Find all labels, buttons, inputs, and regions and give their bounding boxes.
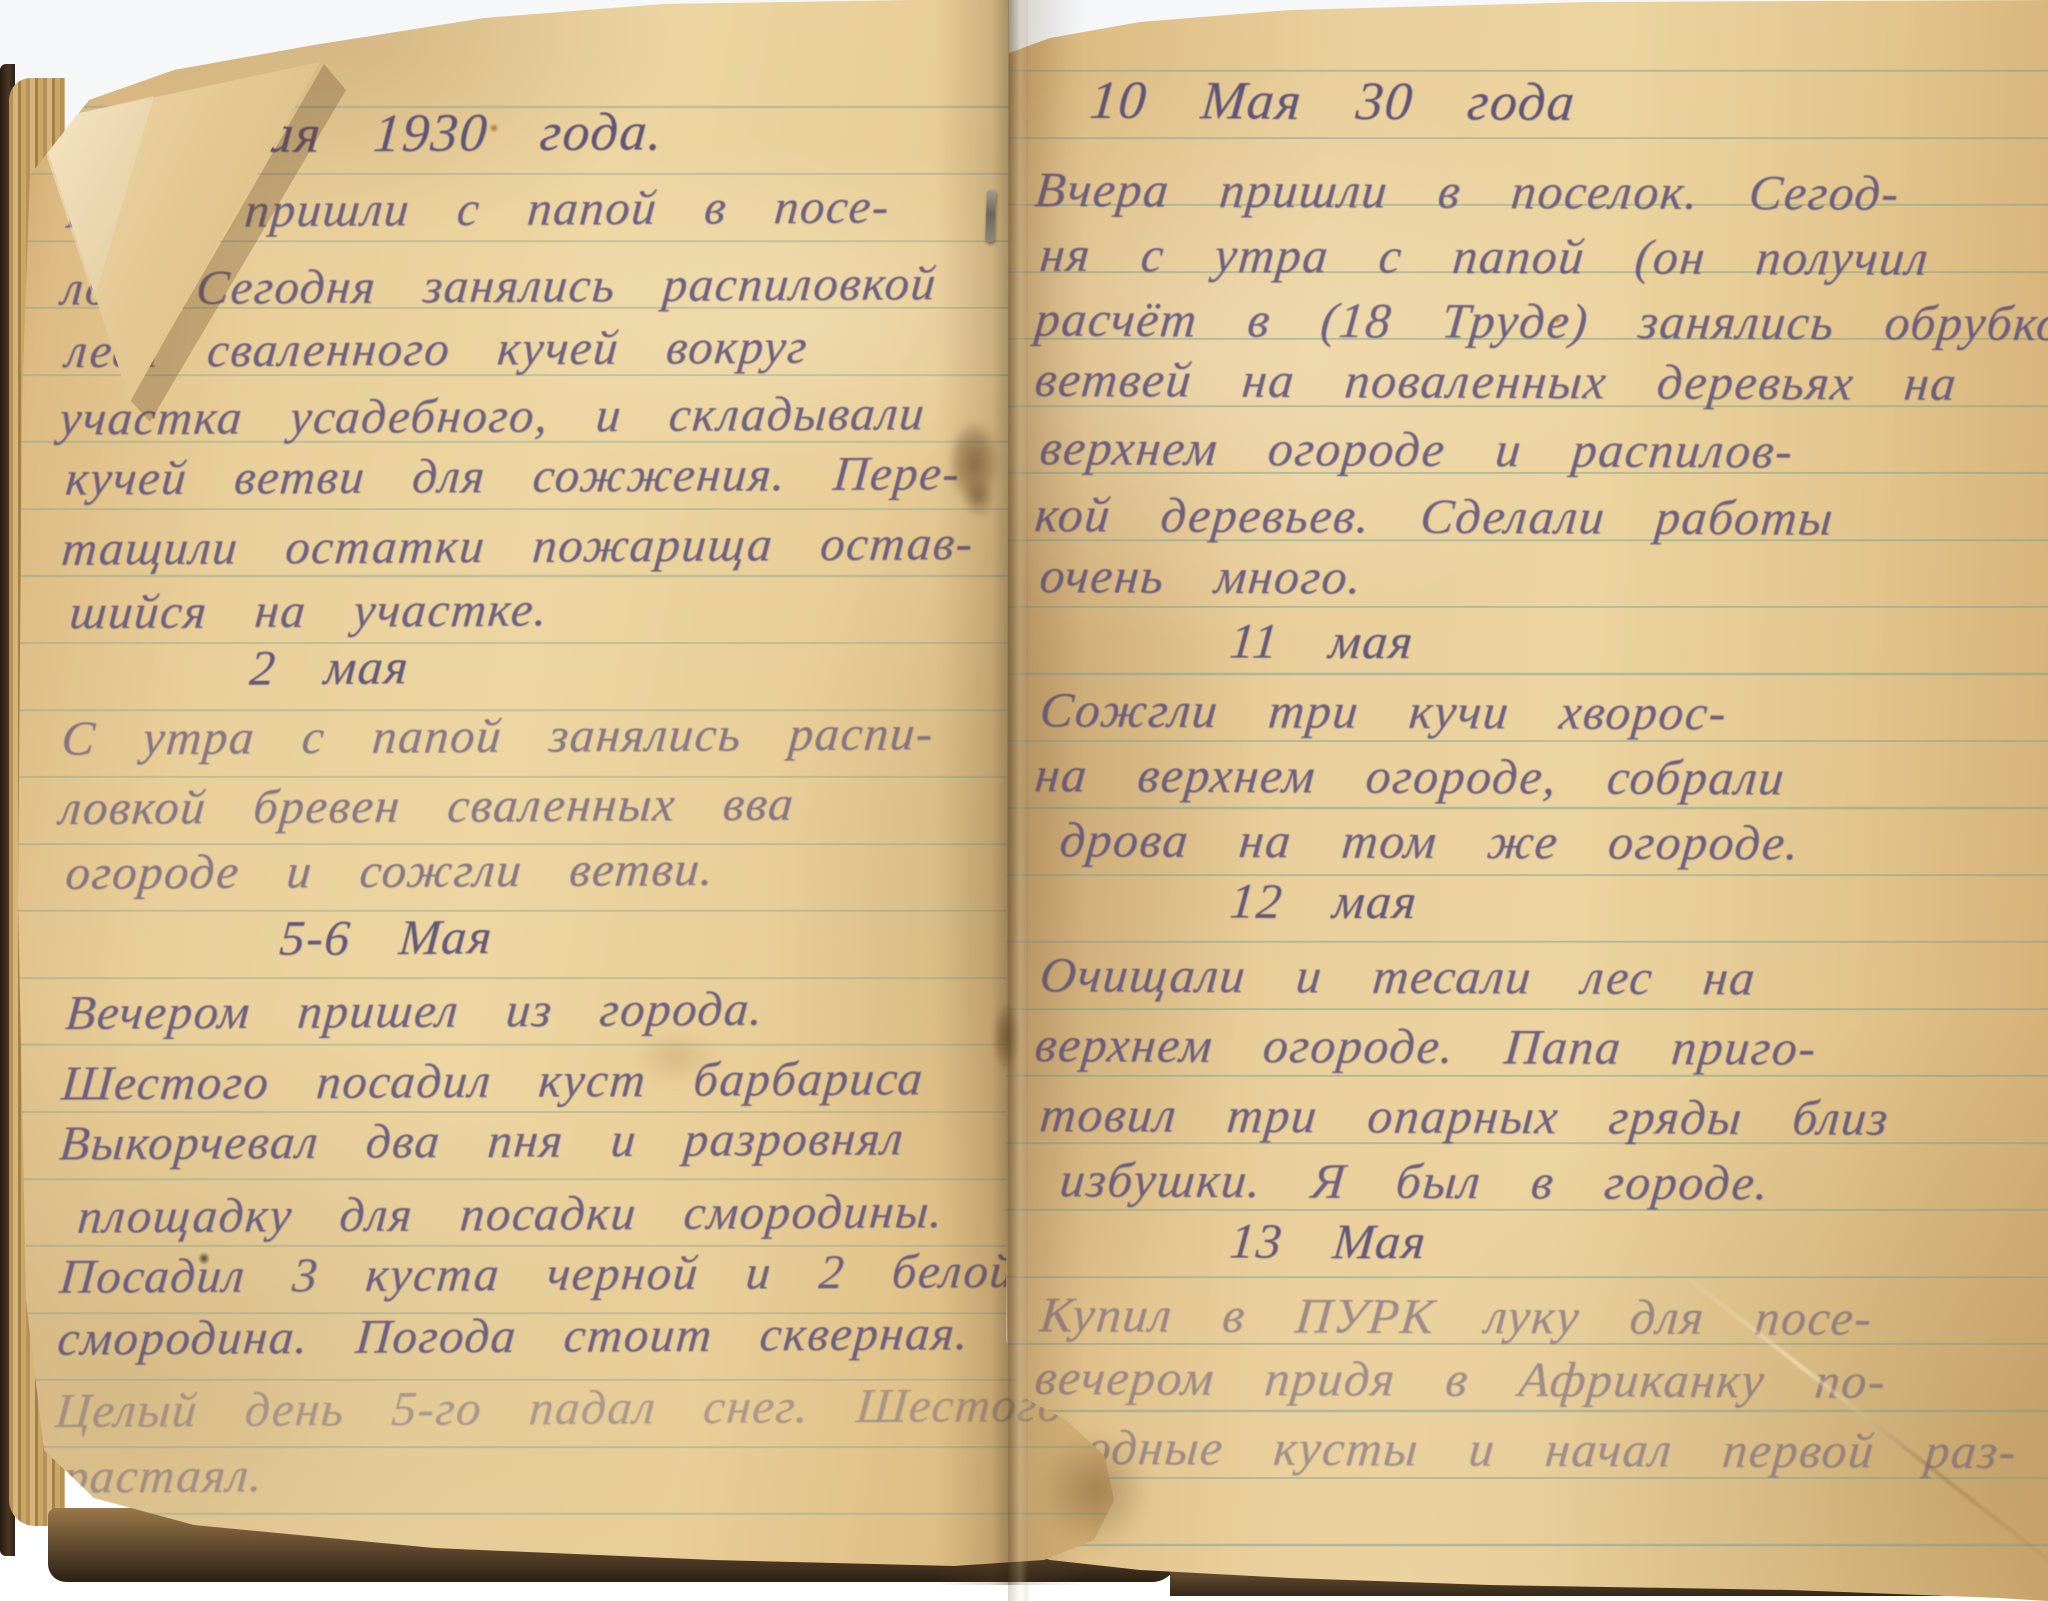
handwritten-line: вечером придя в Африканку по- [1033,1352,1889,1406]
entry-heading: 11 мая [1228,616,1416,667]
handwritten-line: товил три опарных гряды близ [1038,1089,1891,1143]
handwritten-line: Сожгли три кучи хворос- [1038,685,1730,738]
handwritten-line: Выкорчевал два пня и разровнял [58,1113,906,1167]
handwritten-line: на верхнем огороде, собрали [1033,749,1788,802]
handwritten-line: ня с утра с папой (он получил [1038,229,1932,283]
handwritten-line: дрова на том же огороде. [1058,814,1802,867]
handwritten-line: Купил в ПУРК луку для посе- [1038,1289,1875,1343]
staple [985,190,996,242]
handwritten-line: кучей ветви для сожжения. Пере- [64,448,963,502]
handwritten-line: С утра с папой занялись распи- [60,708,936,762]
handwritten-line: растаял. [62,1450,265,1500]
entry-heading: 5-6 Мая [278,911,495,962]
handwritten-line: расчёт в (18 Труде) занялись обрубкой [1033,294,2048,349]
entry-heading: 2 мая [248,642,411,693]
entry-heading: 10 Мая 30 года [1088,73,1579,129]
handwritten-line: Вечером пришел из города. [64,984,766,1037]
notebook-scan: 10 Мая 30 года Вчера пришли в поселок. С… [0,0,2048,1601]
handwritten-line: огороде и сожгли ветви. [64,844,716,897]
handwritten-line: тащили остатки пожарища остав- [60,518,976,573]
handwritten-line: очень много. [1038,550,1365,601]
handwritten-line: избушки. Я был в городе. [1058,1154,1772,1207]
handwritten-line: ветвей на поваленных деревьях на [1033,354,1960,408]
handwritten-line: ягодные кусты и начал первой раз- [1038,1422,2019,1476]
handwritten-line: шийся на участке. [68,585,550,637]
handwritten-line: верхнем огороде и распилов- [1038,422,1796,475]
entry-heading: 12 мая [1228,876,1420,927]
handwritten-line: верхнем огороде. Папа приго- [1033,1019,1819,1072]
handwritten-line: Вчера пришли в поселок. Сегод- [1033,164,1902,218]
entry-heading: 13 Мая [1228,1216,1429,1267]
handwritten-line: площадку для посадки смородины. [76,1186,946,1240]
handwritten-line: участка усадебного, и складывали [58,388,928,442]
handwritten-line: кой деревьев. Сделали работы [1033,489,1836,542]
handwritten-line: Очищали и тесали лес на [1038,949,1758,1002]
handwritten-line: ловкой бревен сваленных вва [58,779,797,832]
handwritten-line: Посадил 3 куста черной и 2 белой [58,1246,1018,1301]
handwritten-line: Шестого посадил куст барбариса [60,1053,926,1107]
handwritten-line: Целый день 5-го падал снег. Шестого [54,1380,1067,1435]
right-page: 10 Мая 30 года Вчера пришли в поселок. С… [990,0,2048,1601]
left-page: 1 мая 1930 года. Вчера пришли с папой в … [14,0,1122,1585]
handwritten-line: смородина. Погода стоит скверная. [56,1308,972,1363]
